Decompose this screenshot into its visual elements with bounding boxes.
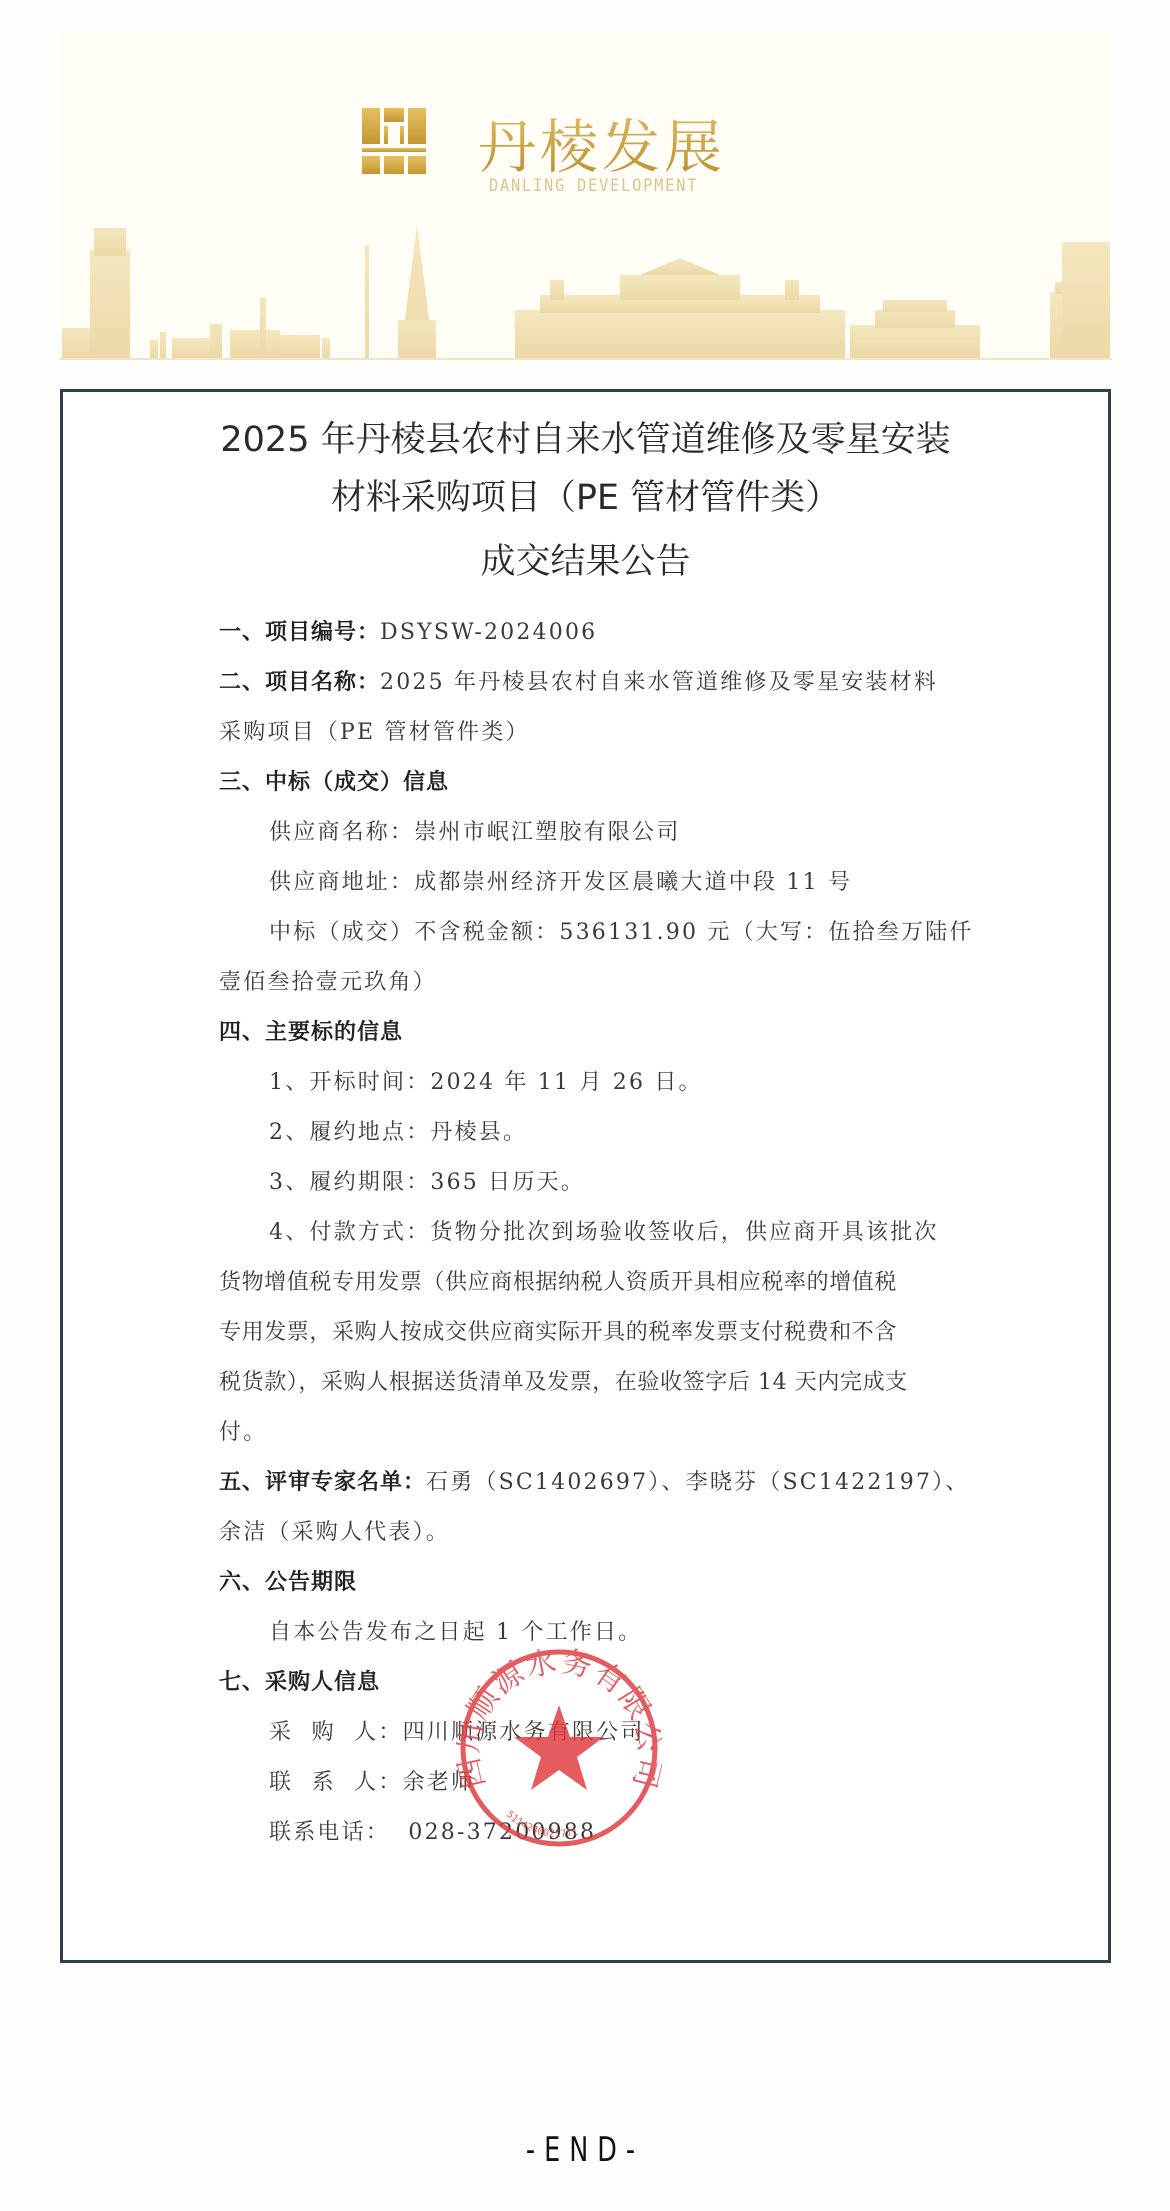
supplier-address: 供应商地址：成都崇州经济开发区晨曦大道中段 11 号 (269, 865, 852, 896)
section-project-name: 二、项目名称：2025 年丹棱县农村自来水管道维修及零星安装材料 (219, 665, 938, 696)
doc-title-line1: 2025 年丹棱县农村自来水管道维修及零星安装 (63, 412, 1108, 462)
bid-opening-time: 1、开标时间：2024 年 11 月 26 日。 (269, 1065, 703, 1096)
brand-name-cn: 丹棱发展 (478, 100, 726, 184)
payment-terms-cont: 货物增值税专用发票（供应商根据纳税人资质开具相应税率的增值税 (219, 1265, 897, 1296)
city-skyline-illustration (60, 220, 1112, 360)
project-name-cont: 采购项目（PE 管材管件类） (219, 715, 530, 746)
contact-person: 联 系 人：余老师 (269, 1765, 475, 1796)
section-project-number: 一、项目编号：DSYSW-2024006 (219, 615, 597, 646)
payment-terms-cont: 税货款），采购人根据送货清单及发票，在验收签字后 14 天内完成支 (219, 1365, 908, 1396)
section-heading: 二、项目名称： (219, 670, 380, 695)
performance-period: 3、履约期限：365 日历天。 (269, 1165, 585, 1196)
payment-terms: 4、付款方式：货物分批次到场验收签收后，供应商开具该批次 (269, 1215, 939, 1246)
section-heading: 一、项目编号： (219, 620, 380, 645)
section-heading-purchaser-info: 七、采购人信息 (219, 1665, 380, 1696)
notice-period: 自本公告发布之日起 1 个工作日。 (269, 1615, 642, 1646)
section-heading: 五、评审专家名单： (219, 1470, 426, 1495)
expert-list: 石勇（SC1402697）、李晓芬（SC1422197）、 (426, 1470, 970, 1495)
project-number: DSYSW-2024006 (380, 620, 597, 645)
performance-location: 2、履约地点：丹棱县。 (269, 1115, 527, 1146)
section-heading-main-info: 四、主要标的信息 (219, 1015, 403, 1046)
purchaser-name: 采 购 人：四川顺源水务有限公司 (269, 1715, 645, 1746)
section-expert-list: 五、评审专家名单：石勇（SC1402697）、李晓芬（SC1422197）、 (219, 1465, 970, 1496)
expert-list-cont: 余洁（采购人代表）。 (219, 1515, 450, 1546)
award-amount-cont: 壹佰叁拾壹元玖角） (219, 965, 437, 996)
award-amount: 中标（成交）不含税金额：536131.90 元（大写：伍拾叁万陆仟 (269, 915, 974, 946)
doc-title-line3: 成交结果公告 (63, 534, 1108, 584)
payment-terms-cont: 付。 (219, 1415, 267, 1446)
section-heading-award-info: 三、中标（成交）信息 (219, 765, 449, 796)
doc-title-line2: 材料采购项目（PE 管材管件类） (63, 470, 1108, 520)
section-heading-notice-period: 六、公告期限 (219, 1565, 357, 1596)
brand-name-en: DANLING DEVELOPMENT (489, 176, 698, 196)
payment-terms-cont: 专用发票，采购人按成交供应商实际开具的税率发票支付税费和不含 (219, 1315, 897, 1346)
contact-phone: 联系电话： 028-37200988 (269, 1815, 596, 1846)
end-marker: -END- (146, 2130, 1024, 2170)
supplier-name: 供应商名称：崇州市岷江塑胶有限公司 (269, 815, 680, 846)
project-name: 2025 年丹棱县农村自来水管道维修及零星安装材料 (380, 670, 938, 695)
brand-logo-icon (362, 108, 426, 174)
announcement-frame: 2025 年丹棱县农村自来水管道维修及零星安装 材料采购项目（PE 管材管件类）… (60, 389, 1111, 1963)
